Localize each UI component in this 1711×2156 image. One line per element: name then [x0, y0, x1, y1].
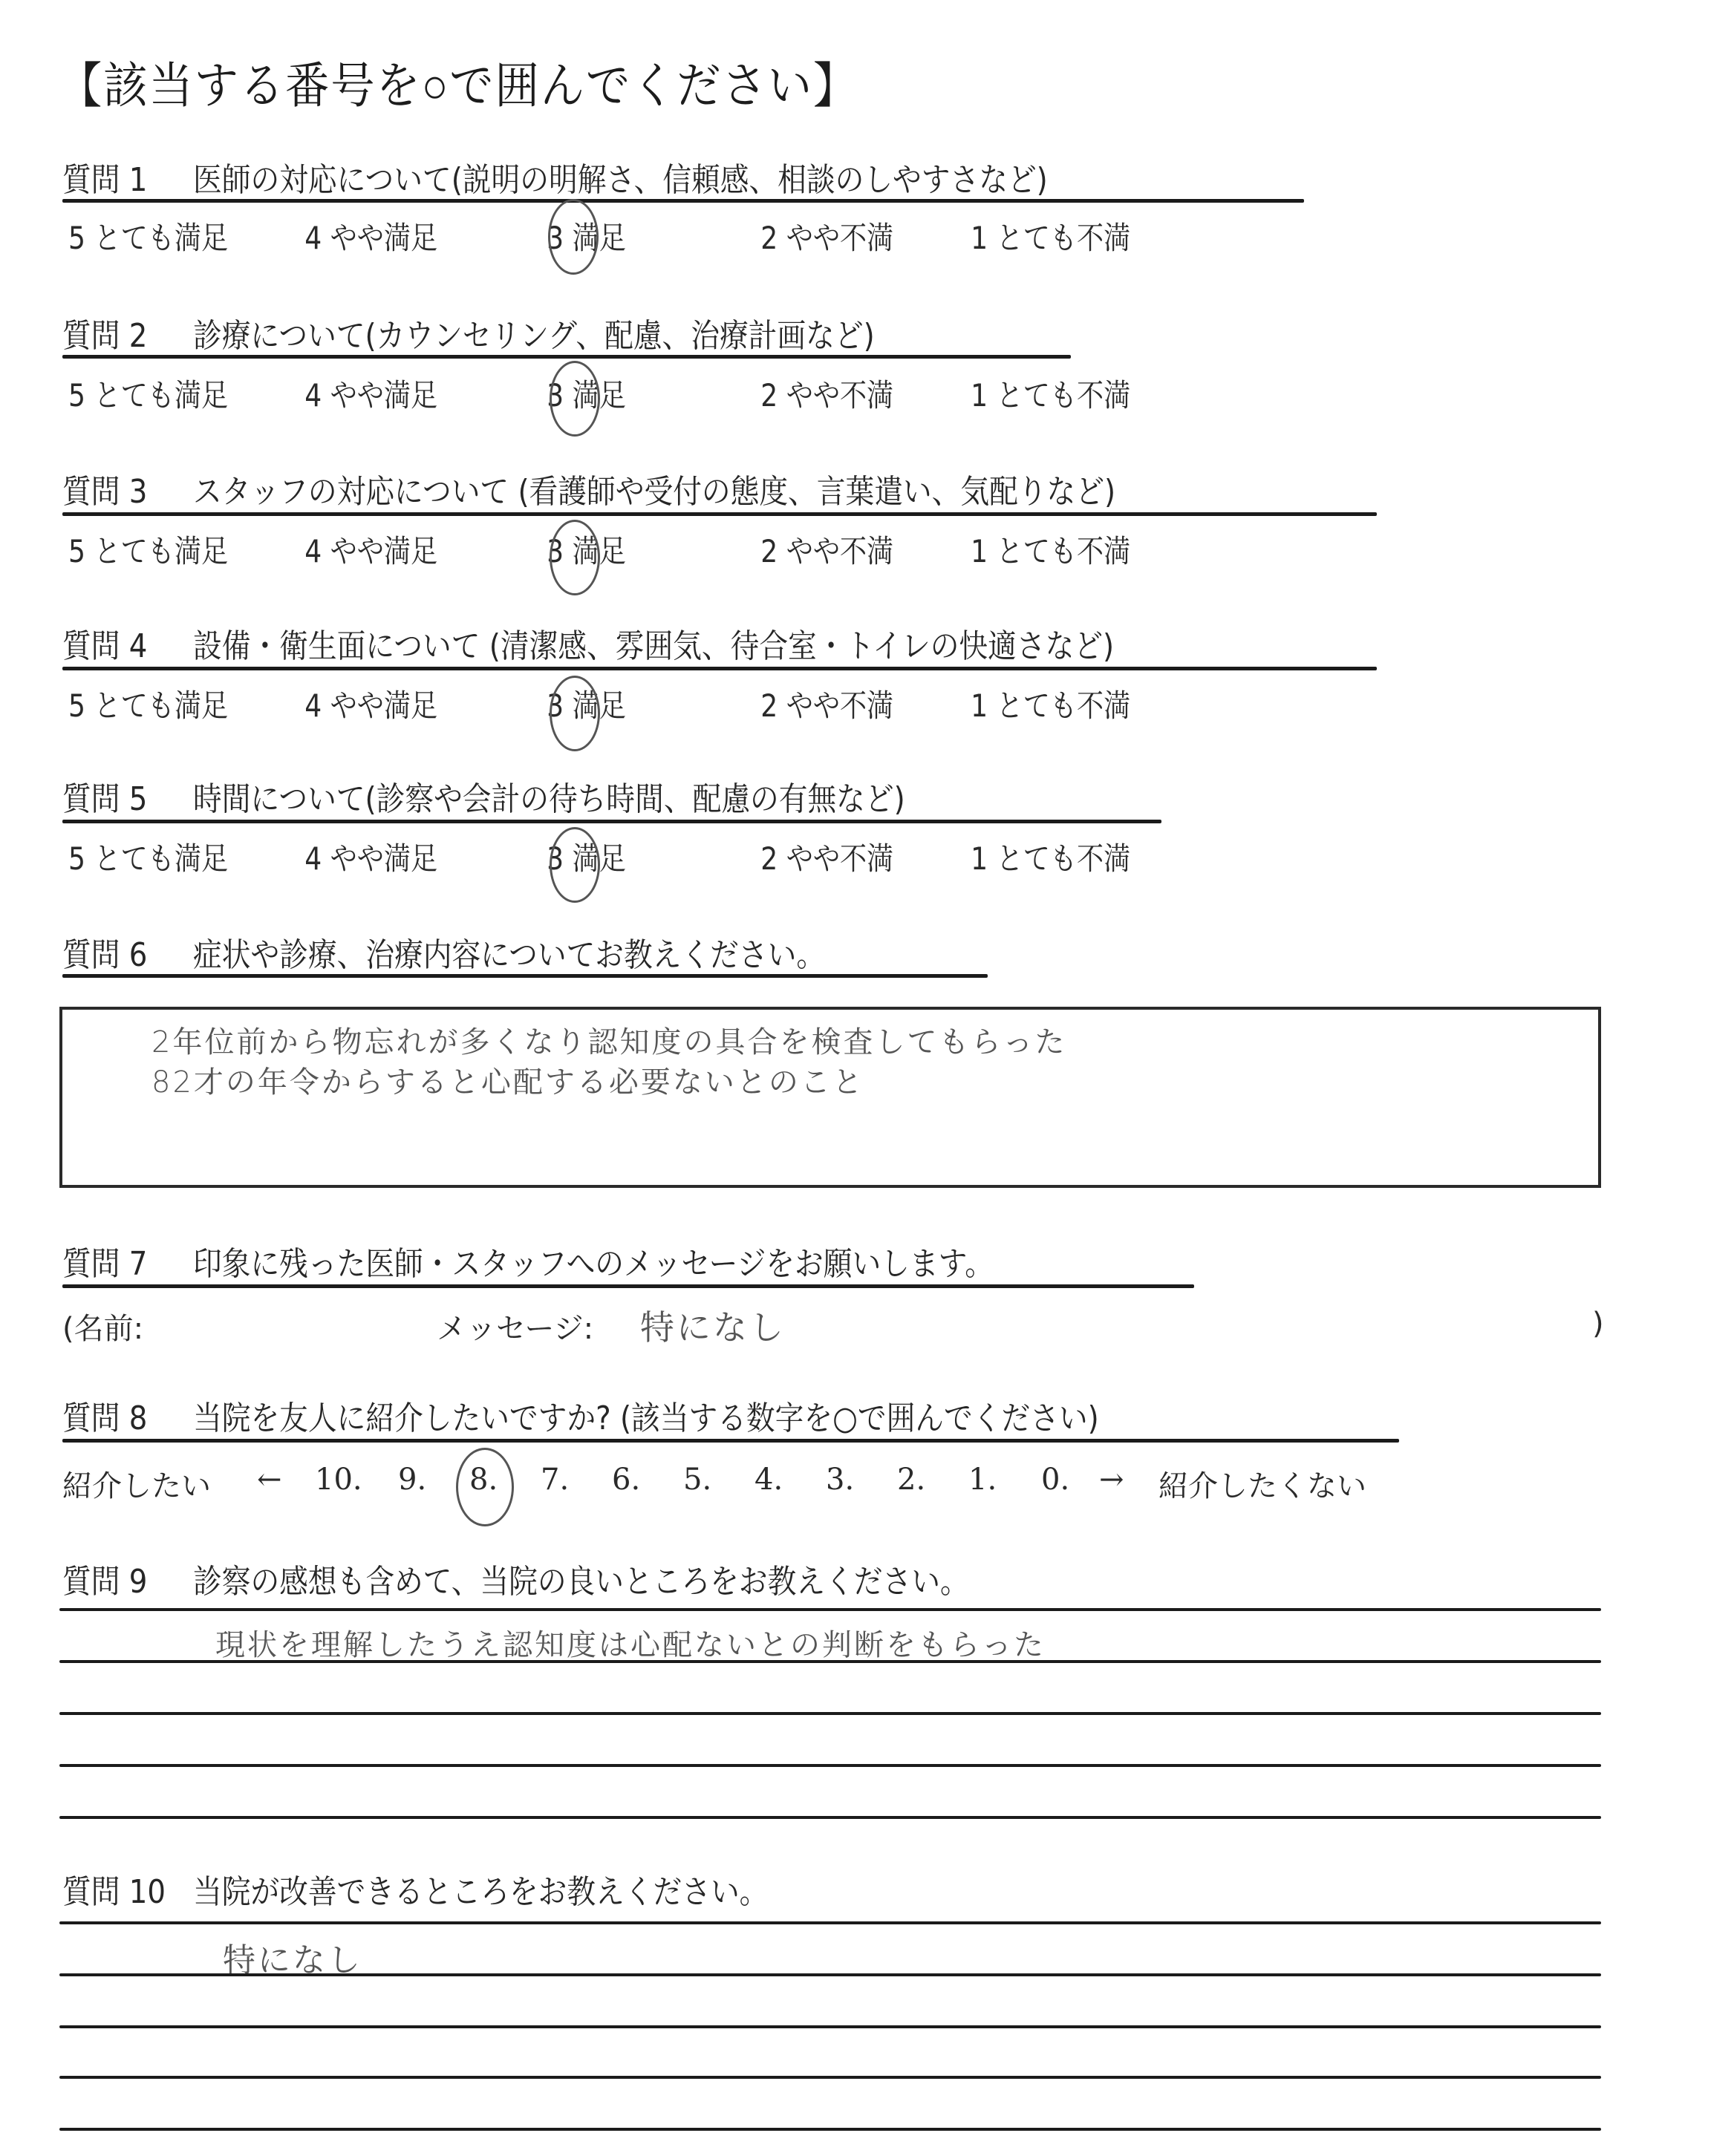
underline — [62, 512, 1377, 516]
question-number: 質問 10 — [62, 1865, 193, 1912]
message-field[interactable]: 特になし — [640, 1301, 786, 1350]
option-4[interactable]: 4 やや満足 — [304, 527, 437, 572]
scale-option[interactable]: 7. — [541, 1463, 569, 1497]
scale-option[interactable]: 6. — [612, 1463, 640, 1497]
question-5-heading: 質問 5時間について(診察や会計の待ち時間、配慮の有無など) — [62, 772, 905, 820]
answer-line[interactable] — [59, 1973, 1601, 1976]
option-2[interactable]: 2 やや不満 — [760, 214, 893, 258]
scale-option[interactable]: 2. — [897, 1463, 925, 1497]
question-number: 質問 8 — [62, 1391, 193, 1439]
question-1-heading: 質問 1医師の対応について(説明の明解さ、信頼感、相談のしやすさなど) — [62, 153, 1048, 200]
question-10-heading: 質問 10当院が改善できるところをお教えください。 — [62, 1865, 768, 1912]
question-8-heading: 質問 8当院を友人に紹介したいですか? (該当する数字を○で囲んでください) — [62, 1391, 1099, 1439]
scale-option[interactable]: 0. — [1041, 1463, 1069, 1497]
option-1[interactable]: 1 とても不満 — [971, 214, 1130, 258]
handwritten-answer-line: 82才の年令からすると心配する必要ないとのこと — [151, 1059, 864, 1101]
underline — [62, 1284, 1194, 1288]
question-4-heading: 質問 4設備・衛生面について (清潔感、雰囲気、待合室・トイレの快適さなど) — [62, 619, 1114, 667]
answer-line[interactable] — [59, 2076, 1601, 2079]
question-3-heading: 質問 3スタッフの対応について (看護師や受付の態度、言葉遣い、気配りなど) — [62, 465, 1115, 512]
question-number: 質問 7 — [62, 1237, 193, 1284]
underline — [62, 355, 1071, 359]
scale-option[interactable]: 9. — [398, 1463, 426, 1497]
rating-options-q3: 5 とても満足 4 やや満足 3 満足 2 やや不満 1 とても不満 — [68, 527, 1346, 572]
question-text: スタッフの対応について (看護師や受付の態度、言葉遣い、気配りなど) — [193, 473, 1115, 511]
question-text: 症状や診療、治療内容についてお教えください。 — [193, 936, 825, 974]
left-label: 紹介したい — [62, 1463, 211, 1505]
question-6-heading: 質問 6症状や診療、治療内容についてお教えください。 — [62, 928, 825, 976]
question-text: 設備・衛生面について (清潔感、雰囲気、待合室・トイレの快適さなど) — [193, 627, 1114, 665]
rating-options-q2: 5 とても満足 4 やや満足 3 満足 2 やや不満 1 とても不満 — [68, 371, 1346, 416]
question-number: 質問 2 — [62, 309, 193, 356]
underline — [62, 1439, 1399, 1443]
answer-line[interactable] — [59, 2025, 1601, 2028]
answer-line[interactable] — [59, 2128, 1601, 2131]
question-text: 診療について(カウンセリング、配慮、治療計画など) — [193, 317, 875, 355]
selection-circle-icon — [550, 361, 600, 437]
option-5[interactable]: 5 とても満足 — [68, 214, 228, 258]
scale-option[interactable]: 4. — [755, 1463, 783, 1497]
scale-option[interactable]: 10. — [315, 1463, 362, 1497]
page-title: 【該当する番号を○で囲んでください】 — [58, 46, 858, 117]
question-2-heading: 質問 2診療について(カウンセリング、配慮、治療計画など) — [62, 309, 875, 356]
option-4[interactable]: 4 やや満足 — [304, 214, 437, 258]
question-number: 質問 9 — [62, 1555, 193, 1602]
underline — [62, 667, 1377, 670]
question-number: 質問 5 — [62, 772, 193, 820]
selection-circle-icon — [550, 676, 600, 751]
question-text: 時間について(診察や会計の待ち時間、配慮の有無など) — [193, 780, 905, 818]
handwritten-answer-line: 2年位前から物忘れが多くなり認知度の具合を検査してもらった — [151, 1019, 1066, 1061]
answer-line[interactable] — [59, 1764, 1601, 1767]
rating-options-q1: 5 とても満足 4 やや満足 3 満足 2 やや不満 1 とても不満 — [68, 214, 1346, 258]
arrow-left-icon: ← — [257, 1463, 282, 1497]
option-4[interactable]: 4 やや満足 — [304, 682, 437, 726]
scale-option[interactable]: 5. — [683, 1463, 711, 1497]
answer-line[interactable] — [59, 1660, 1601, 1663]
option-1[interactable]: 1 とても不満 — [971, 371, 1130, 416]
question-number: 質問 3 — [62, 465, 193, 512]
underline — [62, 974, 988, 978]
option-4[interactable]: 4 やや満足 — [304, 371, 437, 416]
message-label: メッセージ: — [437, 1305, 593, 1347]
selection-circle-icon — [456, 1448, 514, 1526]
question-9-heading: 質問 9診察の感想も含めて、当院の良いところをお教えください。 — [62, 1555, 969, 1602]
right-label: 紹介したくない — [1158, 1463, 1366, 1505]
name-label: (名前: — [62, 1305, 143, 1347]
underline — [62, 199, 1304, 203]
question-number: 質問 1 — [62, 153, 193, 200]
recommend-scale: 紹介したい ← 10. 9. 8. 7. 6. 5. 4. 3. 2. 1. 0… — [62, 1463, 1548, 1507]
option-1[interactable]: 1 とても不満 — [971, 527, 1130, 572]
option-5[interactable]: 5 とても満足 — [68, 371, 228, 416]
answer-line[interactable] — [59, 1921, 1601, 1924]
selection-circle-icon — [548, 199, 599, 275]
option-5[interactable]: 5 とても満足 — [68, 834, 228, 879]
answer-line[interactable] — [59, 1712, 1601, 1715]
scale-option[interactable]: 1. — [968, 1463, 997, 1497]
underline — [62, 820, 1161, 823]
answer-line[interactable] — [59, 1816, 1601, 1819]
question-text: 当院を友人に紹介したいですか? (該当する数字を○で囲んでください) — [193, 1399, 1099, 1437]
option-1[interactable]: 1 とても不満 — [971, 682, 1130, 726]
option-2[interactable]: 2 やや不満 — [760, 682, 893, 726]
selection-circle-icon — [550, 520, 600, 595]
question-number: 質問 6 — [62, 928, 193, 976]
option-5[interactable]: 5 とても満足 — [68, 682, 228, 726]
handwritten-answer-line: 現状を理解したうえ認知度は心配ないとの判断をもらった — [215, 1621, 1046, 1664]
arrow-right-icon: → — [1099, 1463, 1124, 1497]
rating-options-q4: 5 とても満足 4 やや満足 3 満足 2 やや不満 1 とても不満 — [68, 682, 1346, 726]
rating-options-q5: 5 とても満足 4 やや満足 3 満足 2 やや不満 1 とても不満 — [68, 834, 1346, 879]
option-4[interactable]: 4 やや満足 — [304, 834, 437, 879]
question-7-heading: 質問 7印象に残った医師・スタッフへのメッセージをお願いします。 — [62, 1237, 994, 1284]
question-text: 印象に残った医師・スタッフへのメッセージをお願いします。 — [193, 1245, 994, 1283]
answer-line[interactable] — [59, 1608, 1601, 1611]
answer-box-q6[interactable]: 2年位前から物忘れが多くなり認知度の具合を検査してもらった 82才の年令からする… — [59, 1007, 1601, 1188]
selection-circle-icon — [550, 827, 600, 903]
option-2[interactable]: 2 やや不満 — [760, 371, 893, 416]
question-text: 診察の感想も含めて、当院の良いところをお教えください。 — [193, 1563, 969, 1601]
question-text: 当院が改善できるところをお教えください。 — [193, 1873, 768, 1911]
close-paren: ) — [1592, 1307, 1604, 1341]
question-text: 医師の対応について(説明の明解さ、信頼感、相談のしやすさなど) — [193, 161, 1048, 199]
option-2[interactable]: 2 やや不満 — [760, 527, 893, 572]
option-2[interactable]: 2 やや不満 — [760, 834, 893, 879]
question-number: 質問 4 — [62, 619, 193, 667]
scale-option[interactable]: 3. — [826, 1463, 854, 1497]
option-5[interactable]: 5 とても満足 — [68, 527, 228, 572]
option-1[interactable]: 1 とても不満 — [971, 834, 1130, 879]
